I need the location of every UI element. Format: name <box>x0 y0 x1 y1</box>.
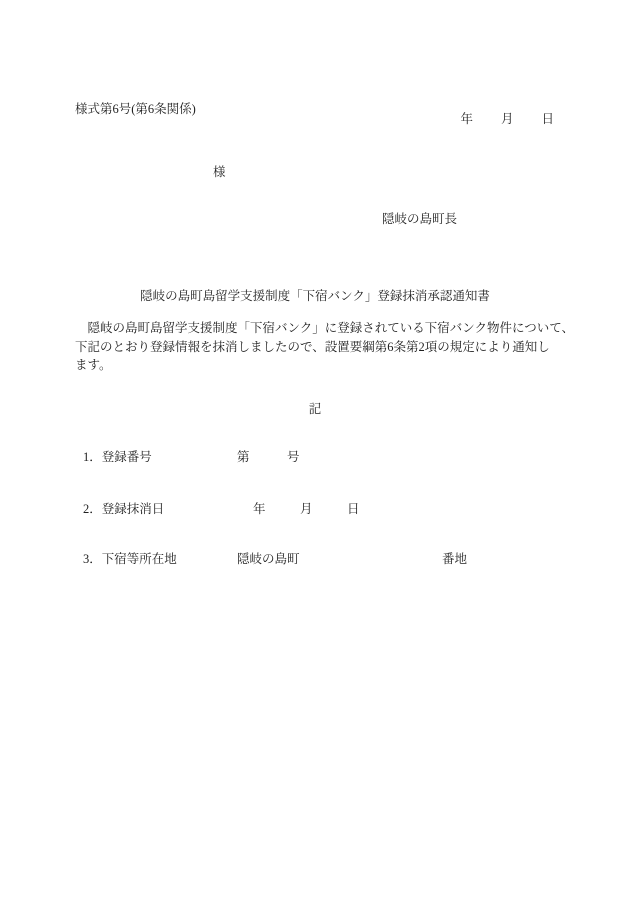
item-2-month-label: 月 <box>300 499 313 517</box>
body-line-2: 下記のとおり登録情報を抹消しましたので、設置要綱第6条第2項の規定により通知し <box>75 338 559 357</box>
item-3-address-prefix: 隠岐の島町 <box>237 549 300 567</box>
item-1-value-suffix: 号 <box>287 447 300 465</box>
date-line: 年 月 日 <box>0 109 555 127</box>
ki-heading: 記 <box>0 399 630 417</box>
item-row-cancellation-date: 2．登録抹消日 年 月 日 <box>0 499 630 515</box>
document-title: 隠岐の島町島留学支援制度「下宿バンク」登録抹消承認通知書 <box>0 286 630 304</box>
item-2-label: 2．登録抹消日 <box>83 499 164 517</box>
item-3-label: 3．下宿等所在地 <box>83 549 177 567</box>
item-2-day-label: 日 <box>347 499 360 517</box>
body-line-1: 隠岐の島町島留学支援制度「下宿バンク」に登録されている下宿バンク物件について、 <box>75 319 559 338</box>
addressee-honorific: 様 <box>213 162 226 180</box>
item-row-lodging-address: 3．下宿等所在地 隠岐の島町 番地 <box>0 549 630 565</box>
document-page: 様式第6号(第6条関係) 年 月 日 様 隠岐の島町長 隠岐の島町島留学支援制度… <box>0 0 630 903</box>
sender-title: 隠岐の島町長 <box>382 209 457 227</box>
body-line-3: ます。 <box>75 356 559 375</box>
item-1-value-prefix: 第 <box>237 447 250 465</box>
item-2-year-label: 年 <box>253 499 266 517</box>
item-3-address-suffix: 番地 <box>442 549 467 567</box>
item-1-label: 1．登録番号 <box>83 447 152 465</box>
body-paragraph: 隠岐の島町島留学支援制度「下宿バンク」に登録されている下宿バンク物件について、 … <box>75 319 559 375</box>
item-row-registration-number: 1．登録番号 第 号 <box>0 447 630 463</box>
